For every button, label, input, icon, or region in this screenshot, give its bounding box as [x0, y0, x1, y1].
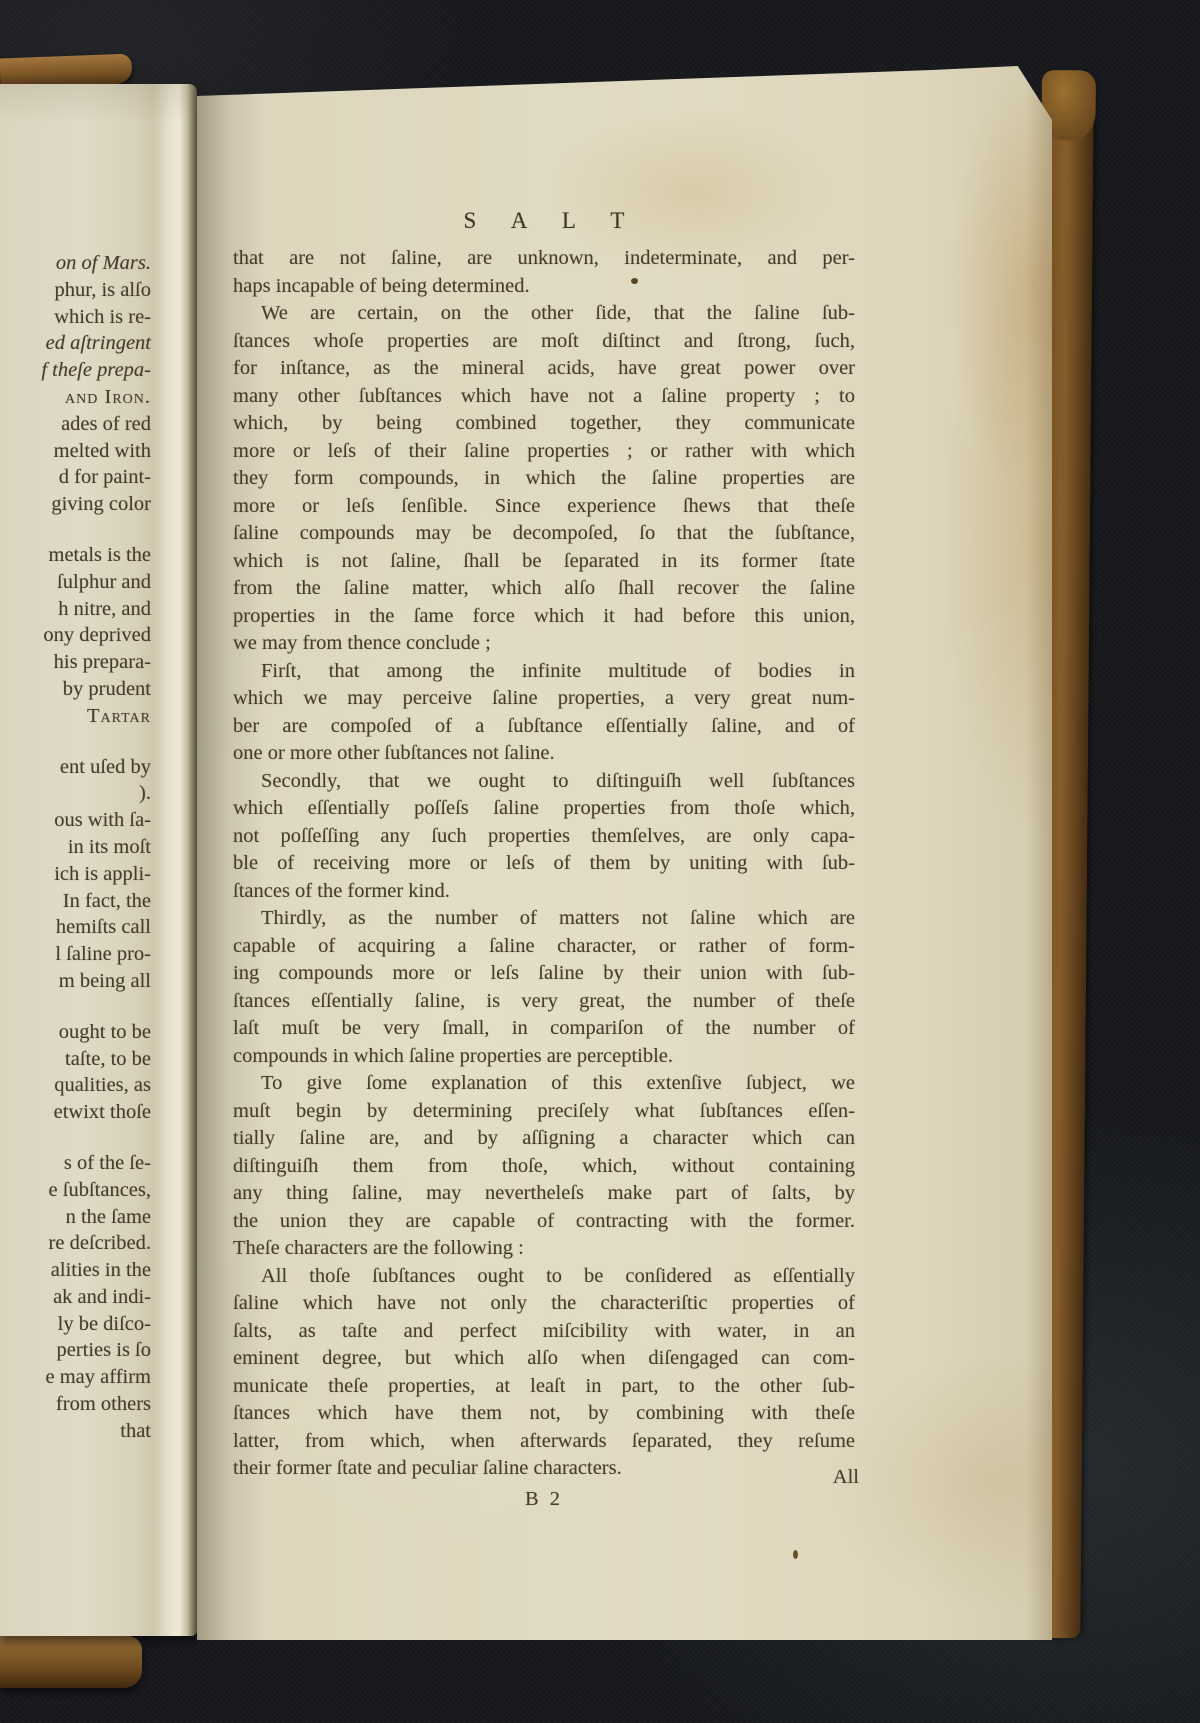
body-line: ing compounds more or leſs ſaline by the…: [233, 960, 855, 988]
left-page-line-fragment: ich is appli-: [0, 861, 151, 888]
body-line: capable of acquiring a ſaline character,…: [233, 933, 855, 961]
left-page-line-fragment: taſte, to be: [0, 1046, 151, 1073]
left-page-line-fragment: In fact, the: [0, 888, 151, 915]
left-page-line-fragment: ).: [0, 780, 151, 807]
left-page-line-fragment: ades of red: [0, 411, 151, 438]
catchword: All: [833, 1466, 859, 1489]
ink-speck: [631, 278, 638, 284]
body-line: properties in the ſame force which it ha…: [233, 603, 855, 631]
body-line: ſtances which have them not, by combinin…: [233, 1400, 855, 1428]
body-line: muſt begin by determining preciſely what…: [233, 1098, 855, 1126]
body-line: Firſt, that among the infinite multitude…: [233, 658, 855, 686]
left-page-line-fragment: s of the ſe-: [0, 1150, 151, 1177]
body-line: their former ſtate and peculiar ſaline c…: [233, 1455, 855, 1483]
left-page-line-fragment: giving color: [0, 491, 151, 518]
left-page-line-fragment: his prepara-: [0, 649, 151, 676]
body-line: we may from thence conclude ;: [233, 630, 855, 658]
left-page-line-fragment: in its moſt: [0, 834, 151, 861]
body-line: All thoſe ſubſtances ought to be conſide…: [233, 1263, 855, 1291]
body-line: eminent degree, but which alſo when diſe…: [233, 1345, 855, 1373]
ink-speck: [793, 1550, 798, 1559]
body-line: We are certain, on the other ſide, that …: [233, 300, 855, 328]
body-line: Theſe characters are the following :: [233, 1235, 855, 1263]
left-page-line-fragment: e ſubſtances,: [0, 1177, 151, 1204]
body-line: ſtances of the former kind.: [233, 878, 855, 906]
right-page: S A L T that are not ſaline, are unknown…: [197, 66, 1052, 1640]
left-page-line-fragment: l ſaline pro-: [0, 941, 151, 968]
left-page-line-fragment: ony deprived: [0, 622, 151, 649]
left-page-line-fragment: n the ſame: [0, 1204, 151, 1231]
body-line: laſt muſt be very ſmall, in compariſon o…: [233, 1015, 855, 1043]
body-line: ſtances eſſentially ſaline, is very grea…: [233, 988, 855, 1016]
signature-mark: B 2: [233, 1488, 855, 1511]
left-page-line-fragment: alities in the: [0, 1257, 151, 1284]
running-title: S A L T: [233, 208, 855, 234]
body-line: which, by being combined together, they …: [233, 410, 855, 438]
left-page-line-fragment: melted with: [0, 438, 151, 465]
body-line: ſaline which have not only the character…: [233, 1290, 855, 1318]
left-page-text-column: on of Mars.phur, is alſowhich is re-ed a…: [0, 84, 197, 1445]
body-line: ble of receiving more or leſs of them by…: [233, 850, 855, 878]
photo-background: on of Mars.phur, is alſowhich is re-ed a…: [0, 0, 1200, 1723]
left-page-line-fragment: h nitre, and: [0, 596, 151, 623]
page-body-text: that are not ſaline, are unknown, indete…: [233, 245, 855, 1483]
body-line: tially ſaline are, and by aſſigning a ch…: [233, 1125, 855, 1153]
body-line: latter, from which, when afterwards ſepa…: [233, 1428, 855, 1456]
left-page-line-fragment: etwixt thoſe: [0, 1099, 151, 1126]
left-page-line-fragment: ought to be: [0, 1019, 151, 1046]
body-line: from the ſaline matter, which alſo ſhall…: [233, 575, 855, 603]
left-page-line-fragment: by prudent: [0, 676, 151, 703]
left-page-line-fragment: that: [0, 1418, 151, 1445]
left-page-line-fragment: ak and indi-: [0, 1284, 151, 1311]
body-line: that are not ſaline, are unknown, indete…: [233, 245, 855, 273]
left-page-line-fragment: qualities, as: [0, 1072, 151, 1099]
body-line: for inſtance, as the mineral acids, have…: [233, 355, 855, 383]
body-line: not poſſeſſing any ſuch properties themſ…: [233, 823, 855, 851]
body-line: more or leſs ſenſible. Since experience …: [233, 493, 855, 521]
left-page-line-fragment: phur, is alſo: [0, 277, 151, 304]
left-page-line-fragment: ous with ſa-: [0, 807, 151, 834]
body-line: Thirdly, as the number of matters not ſa…: [233, 905, 855, 933]
body-line: haps incapable of being determined.: [233, 273, 855, 301]
left-page-line-fragment: Tartar: [0, 703, 151, 730]
left-page: on of Mars.phur, is alſowhich is re-ed a…: [0, 84, 197, 1636]
body-line: many other ſubſtances which have not a ſ…: [233, 383, 855, 411]
body-line: any thing ſaline, may nevertheleſs make …: [233, 1180, 855, 1208]
body-line: the union they are capable of contractin…: [233, 1208, 855, 1236]
left-page-line-fragment: d for paint-: [0, 464, 151, 491]
left-page-line-fragment: which is re-: [0, 304, 151, 331]
page-footer: B 2 All: [233, 1488, 855, 1511]
left-page-line-fragment: and Iron.: [0, 384, 151, 411]
left-page-line-fragment: perties is ſo: [0, 1337, 151, 1364]
body-line: which we may perceive ſaline properties,…: [233, 685, 855, 713]
body-line: ſaline compounds may be decompoſed, ſo t…: [233, 520, 855, 548]
left-page-line-fragment: f theſe prepa-: [0, 357, 151, 384]
body-line: To give ſome explanation of this extenſi…: [233, 1070, 855, 1098]
body-line: one or more other ſubſtances not ſaline.: [233, 740, 855, 768]
left-page-line-fragment: re deſcribed.: [0, 1230, 151, 1257]
body-line: which eſſentially poſſeſs ſaline propert…: [233, 795, 855, 823]
left-page-line-fragment: on of Mars.: [0, 250, 151, 277]
body-line: ſalts, as taſte and perfect miſcibility …: [233, 1318, 855, 1346]
body-line: more or leſs of their ſaline properties …: [233, 438, 855, 466]
left-page-line-fragment: from others: [0, 1391, 151, 1418]
body-line: Secondly, that we ought to diſtinguiſh w…: [233, 768, 855, 796]
left-page-line-fragment: metals is the: [0, 542, 151, 569]
left-page-line-fragment: ly be diſco-: [0, 1311, 151, 1338]
left-page-line-fragment: e may affirm: [0, 1364, 151, 1391]
left-page-line-fragment: hemiſts call: [0, 914, 151, 941]
book-spine-tailcap: [0, 1636, 142, 1688]
left-page-line-fragment: ſulphur and: [0, 569, 151, 596]
left-page-line-fragment: m being all: [0, 968, 151, 995]
body-line: which is not ſaline, ſhall be ſeparated …: [233, 548, 855, 576]
body-line: ſtances whoſe properties are moſt diſtin…: [233, 328, 855, 356]
left-page-line-fragment: ent uſed by: [0, 754, 151, 781]
body-line: diſtinguiſh them from thoſe, which, with…: [233, 1153, 855, 1181]
body-line: municate theſe properties, at leaſt in p…: [233, 1373, 855, 1401]
body-line: they form compounds, in which the ſaline…: [233, 465, 855, 493]
left-page-line-fragment: ed aſtringent: [0, 330, 151, 357]
body-line: compounds in which ſaline properties are…: [233, 1043, 855, 1071]
body-line: ber are compoſed of a ſubſtance eſſentia…: [233, 713, 855, 741]
